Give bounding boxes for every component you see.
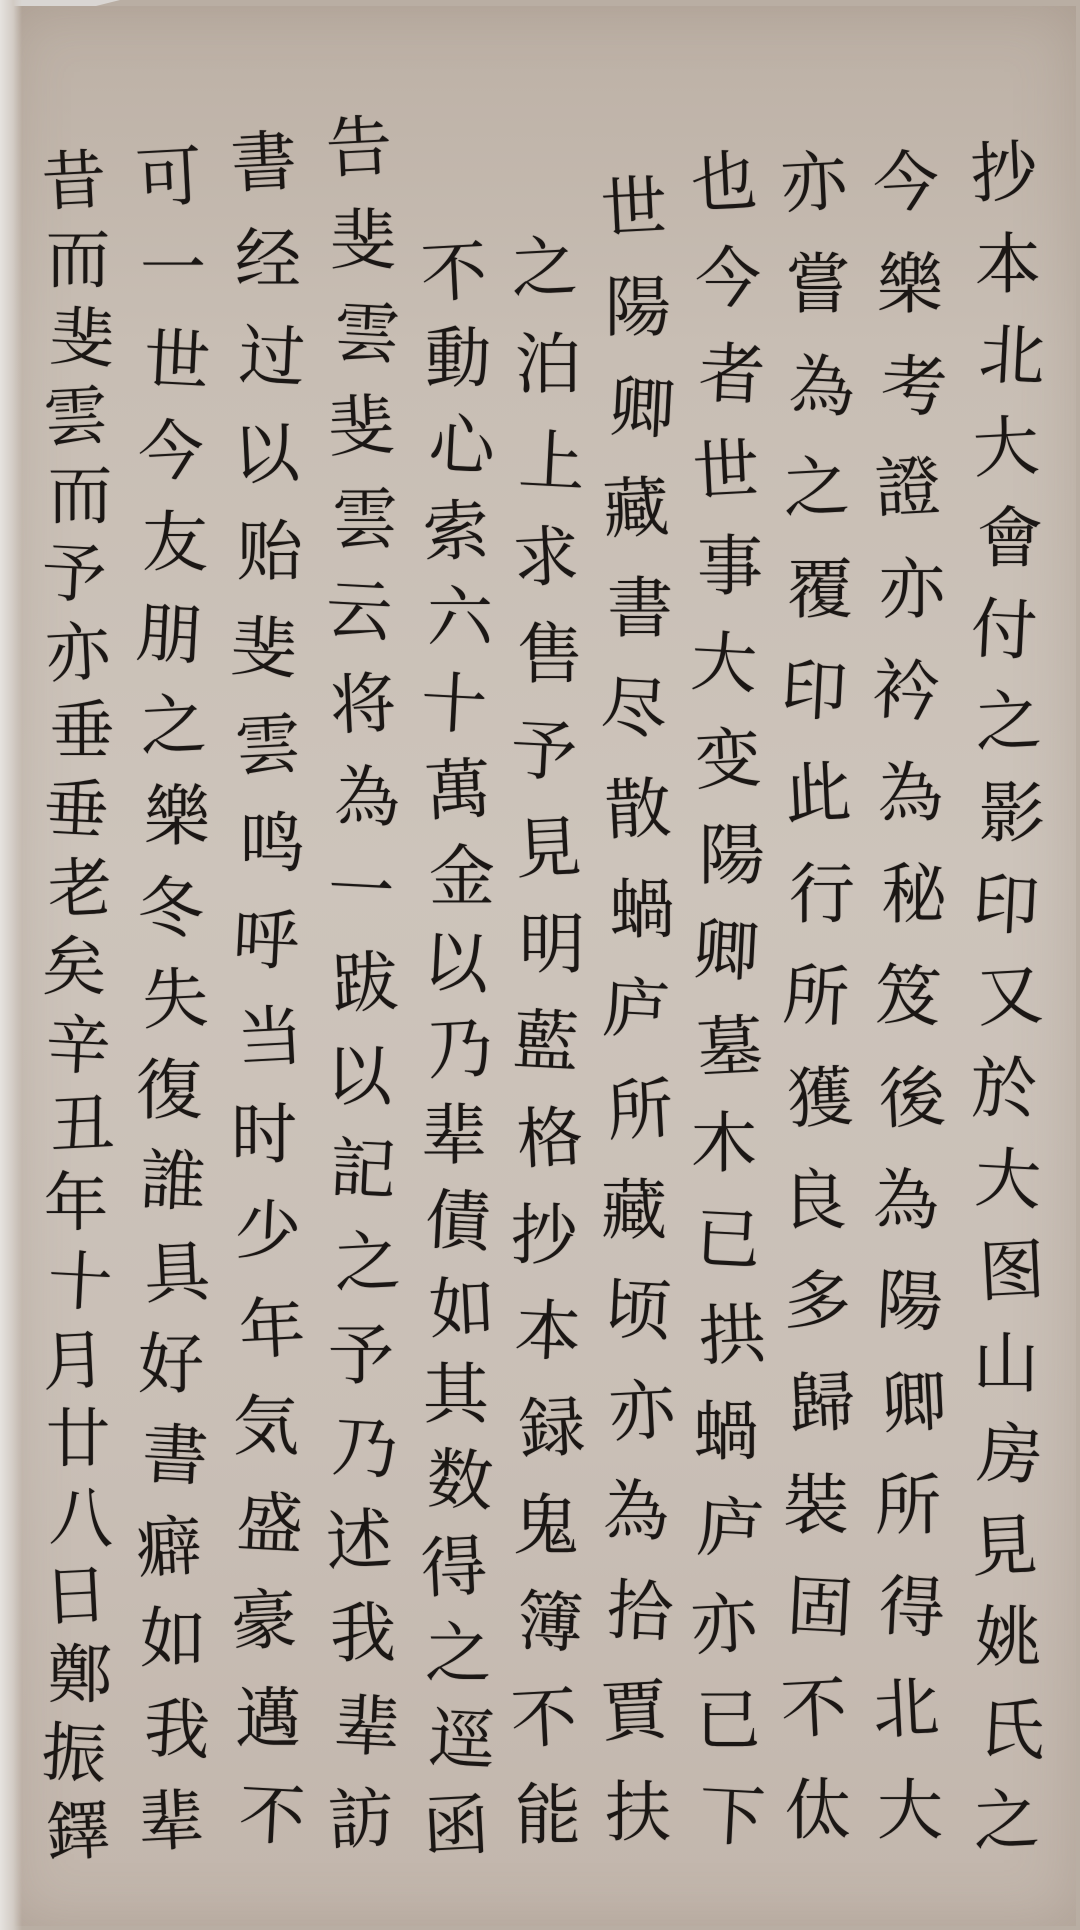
calligraphy-character: 其 [408, 1362, 504, 1428]
calligraphy-character: 雲 [317, 487, 413, 553]
calligraphy-character: 辈 [121, 1786, 220, 1857]
calligraphy-character: 明 [504, 912, 600, 978]
calligraphy-character: 為 [860, 758, 959, 829]
calligraphy-character: 亦 [864, 557, 960, 623]
calligraphy-character: 亦 [592, 1376, 691, 1447]
calligraphy-character: 癖 [119, 1512, 218, 1583]
calligraphy-character: 斐 [311, 391, 410, 462]
calligraphy-character: 当 [220, 1002, 319, 1073]
calligraphy-character: 泊 [500, 332, 596, 398]
calligraphy-character: 矣 [26, 936, 122, 1000]
calligraphy-character: 北 [962, 321, 1061, 392]
calligraphy-character: 冬 [121, 873, 220, 944]
calligraphy-character: 数 [410, 1446, 509, 1517]
page-left-edge [0, 0, 22, 1930]
text-column-3: 亦嘗為之覆印此行所獲良多歸裝固不㑀 [770, 0, 866, 1930]
calligraphy-character: 樂 [862, 252, 958, 318]
calligraphy-character: 卿 [864, 1368, 963, 1439]
calligraphy-character: 予 [494, 716, 593, 787]
calligraphy-character: 得 [862, 1572, 961, 1643]
calligraphy-character: 者 [682, 340, 781, 411]
calligraphy-character: 北 [856, 1674, 955, 1745]
calligraphy-character: 辈 [406, 1103, 502, 1169]
text-column-1: 抄本北大會付之影印又於大图山房見姚氏之 [960, 0, 1056, 1930]
calligraphy-character: 扶 [590, 1780, 686, 1846]
calligraphy-character: 老 [30, 855, 129, 924]
calligraphy-character: 書 [592, 576, 688, 642]
calligraphy-character: 本 [498, 1297, 597, 1368]
calligraphy-character: 逕 [412, 1705, 511, 1776]
calligraphy-character: 亦 [674, 1589, 773, 1660]
calligraphy-character: 已 [678, 1205, 777, 1276]
calligraphy-character: 雲 [317, 299, 416, 370]
calligraphy-character: 一 [311, 856, 410, 927]
calligraphy-character: 訪 [311, 1785, 410, 1856]
calligraphy-character: 卿 [676, 916, 775, 987]
calligraphy-character: 而 [30, 229, 126, 293]
calligraphy-character: 日 [26, 1563, 125, 1632]
calligraphy-character: 今 [856, 148, 955, 219]
calligraphy-character: 影 [964, 781, 1060, 847]
calligraphy-character: 付 [954, 595, 1053, 666]
calligraphy-character: 見 [498, 813, 597, 884]
calligraphy-character: 墓 [680, 1012, 779, 1083]
calligraphy-character: 如 [412, 1273, 511, 1344]
calligraphy-character: 盛 [220, 1489, 319, 1560]
calligraphy-character: 拱 [682, 1301, 781, 1372]
calligraphy-character: 求 [496, 523, 595, 594]
calligraphy-character: 廿 [30, 1408, 126, 1472]
calligraphy-character: 書 [214, 128, 313, 199]
calligraphy-character: 考 [864, 351, 963, 422]
calligraphy-character: 覆 [772, 557, 868, 623]
calligraphy-character: 氏 [962, 1695, 1061, 1766]
calligraphy-character: 函 [406, 1791, 505, 1862]
calligraphy-character: 上 [502, 426, 601, 497]
calligraphy-character: 蝸 [594, 877, 690, 943]
calligraphy-character: 我 [315, 1601, 411, 1667]
calligraphy-character: 八 [32, 1485, 131, 1554]
calligraphy-character: 具 [127, 1238, 226, 1309]
calligraphy-character: 以 [406, 928, 505, 999]
calligraphy-character: 姚 [960, 1605, 1056, 1671]
calligraphy-character: 萬 [408, 755, 507, 826]
calligraphy-character: 之 [766, 453, 865, 524]
text-column-8: 告斐雲斐雲云将為一跋以記之予乃述我辈訪 [315, 0, 411, 1930]
calligraphy-character: 記 [313, 1134, 412, 1205]
calligraphy-character: 山 [958, 1331, 1054, 1397]
calligraphy-character: 為 [588, 1479, 684, 1545]
calligraphy-character: 一 [125, 236, 221, 302]
calligraphy-character: 此 [768, 758, 867, 829]
calligraphy-character: 之 [123, 690, 222, 761]
calligraphy-character: 斐 [214, 613, 313, 684]
calligraphy-character: 辛 [28, 1013, 127, 1082]
calligraphy-character: 大 [956, 412, 1055, 483]
calligraphy-character: 垂 [26, 777, 125, 846]
calligraphy-character: 跋 [315, 948, 414, 1019]
calligraphy-character: 顷 [588, 1276, 687, 1347]
calligraphy-character: 賈 [584, 1677, 683, 1748]
calligraphy-character: 而 [32, 465, 128, 529]
calligraphy-character: 如 [125, 1606, 221, 1672]
calligraphy-character: 今 [680, 246, 776, 312]
calligraphy-character: 陽 [590, 275, 686, 341]
calligraphy-character: 也 [674, 148, 773, 219]
calligraphy-character: 陽 [684, 823, 780, 889]
calligraphy-character: 鬼 [498, 1493, 594, 1559]
calligraphy-character: 十 [30, 1249, 129, 1318]
calligraphy-character: 变 [678, 724, 777, 795]
calligraphy-character: 録 [502, 1393, 601, 1464]
calligraphy-character: 之 [494, 233, 593, 304]
calligraphy-character: 乃 [315, 1413, 414, 1484]
calligraphy-character: 蝸 [678, 1399, 774, 1465]
calligraphy-character: 又 [960, 962, 1059, 1033]
calligraphy-character: 大 [958, 1145, 1057, 1216]
calligraphy-character: 誰 [123, 1147, 222, 1218]
calligraphy-character: 世 [584, 173, 683, 244]
calligraphy-character: 動 [410, 326, 506, 392]
text-column-10: 可一世今友朋之樂冬失復誰具好書癖如我辈 [125, 0, 221, 1930]
calligraphy-character: 為 [772, 351, 871, 422]
calligraphy-character: 友 [127, 510, 223, 576]
calligraphy-character: 贻 [222, 519, 318, 585]
calligraphy-character: 乃 [410, 1014, 509, 1085]
calligraphy-character: 庐 [680, 1493, 779, 1564]
calligraphy-character: 云 [309, 577, 408, 648]
calligraphy-character: 樂 [129, 784, 225, 850]
calligraphy-character: 年 [28, 1172, 124, 1236]
calligraphy-character: 良 [766, 1168, 862, 1234]
calligraphy-character: 予 [313, 1323, 409, 1389]
calligraphy-character: 於 [956, 1056, 1052, 1122]
calligraphy-character: 十 [404, 669, 503, 740]
calligraphy-character: 呼 [216, 905, 315, 976]
calligraphy-character: 藏 [586, 474, 685, 545]
calligraphy-character: 大 [862, 1778, 958, 1844]
calligraphy-character: 復 [121, 1058, 217, 1124]
calligraphy-character: 可 [119, 143, 218, 214]
calligraphy-character: 少 [218, 1197, 317, 1268]
calligraphy-character: 證 [858, 453, 957, 524]
calligraphy-character: 亦 [28, 619, 127, 688]
calligraphy-character: 售 [502, 622, 598, 688]
calligraphy-character: 昔 [24, 148, 123, 217]
calligraphy-character: 不 [764, 1674, 863, 1745]
calligraphy-character: 之 [317, 1227, 416, 1298]
calligraphy-character: 後 [862, 1063, 961, 1134]
calligraphy-character: 鸣 [224, 811, 320, 877]
calligraphy-character: 辈 [317, 1692, 416, 1763]
calligraphy-character: 房 [960, 1420, 1059, 1491]
calligraphy-character: 固 [770, 1572, 869, 1643]
calligraphy-character: 卿 [592, 373, 691, 444]
calligraphy-character: 予 [24, 540, 123, 609]
calligraphy-character: 歸 [772, 1368, 871, 1439]
calligraphy-character: 所 [590, 1075, 689, 1146]
calligraphy-character: 得 [404, 1532, 503, 1603]
calligraphy-character: 雲 [26, 384, 125, 453]
calligraphy-character: 我 [127, 1695, 226, 1766]
calligraphy-character: 能 [500, 1783, 596, 1849]
calligraphy-character: 世 [127, 325, 226, 396]
calligraphy-character: 行 [774, 862, 870, 928]
calligraphy-character: 好 [123, 1332, 219, 1398]
calligraphy-character: 衿 [856, 656, 955, 727]
text-column-9: 書经过以贻斐雲鸣呼当时少年気盛豪邁不 [220, 0, 316, 1930]
calligraphy-character: 鄭 [32, 1644, 128, 1708]
calligraphy-character: 笈 [858, 962, 957, 1033]
calligraphy-character: 見 [954, 1511, 1053, 1582]
calligraphy-character: 已 [680, 1688, 776, 1754]
calligraphy-character: 所 [860, 1473, 956, 1539]
calligraphy-character: 所 [766, 962, 865, 1033]
calligraphy-character: 雲 [218, 711, 317, 782]
calligraphy-character: 木 [676, 1111, 772, 1177]
calligraphy-character: 尽 [584, 674, 683, 745]
text-column-7: 不動心索六十萬金以乃辈債如其数得之逕函 [410, 0, 506, 1930]
calligraphy-character: 金 [414, 844, 510, 910]
calligraphy-character: 以 [311, 1044, 407, 1110]
calligraphy-character: 藍 [496, 1007, 595, 1078]
calligraphy-character: 印 [764, 656, 863, 727]
calligraphy-character: 失 [125, 964, 224, 1035]
calligraphy-character: 散 [588, 774, 687, 845]
calligraphy-character: 斐 [315, 208, 411, 274]
calligraphy-character: 庐 [586, 975, 685, 1046]
calligraphy-character: 格 [500, 1103, 599, 1174]
calligraphy-character: 振 [24, 1720, 123, 1789]
calligraphy-character: 債 [408, 1187, 507, 1258]
calligraphy-character: 印 [956, 870, 1055, 941]
calligraphy-character: 告 [309, 113, 408, 184]
calligraphy-character: 鐸 [28, 1799, 127, 1868]
calligraphy-character: 时 [216, 1102, 312, 1168]
calligraphy-character: 经 [220, 227, 316, 293]
calligraphy-character: 秘 [866, 862, 962, 928]
calligraphy-character: 之 [956, 1786, 1055, 1857]
text-column-11: 昔而斐雲而予亦垂垂老矣辛丑年十月廿八日鄭振鐸 [30, 0, 126, 1930]
calligraphy-character: 述 [309, 1506, 408, 1577]
calligraphy-character: 陽 [860, 1267, 959, 1338]
calligraphy-character: 不 [404, 238, 503, 309]
calligraphy-character: 过 [222, 322, 321, 393]
calligraphy-character: 多 [768, 1267, 867, 1338]
calligraphy-character: 會 [962, 506, 1058, 572]
calligraphy-character: 為 [319, 765, 415, 831]
calligraphy-character: 下 [682, 1782, 781, 1853]
calligraphy-character: 月 [24, 1327, 123, 1396]
calligraphy-character: 丑 [32, 1091, 131, 1160]
calligraphy-character: 藏 [586, 1178, 682, 1244]
calligraphy-character: 之 [410, 1621, 506, 1687]
calligraphy-character: 本 [960, 232, 1056, 298]
calligraphy-character: 抄 [954, 138, 1053, 209]
calligraphy-character: 簿 [500, 1587, 599, 1658]
calligraphy-character: 垂 [34, 700, 130, 764]
calligraphy-character: 心 [412, 410, 511, 481]
calligraphy-character: 亦 [764, 148, 863, 219]
calligraphy-character: 将 [313, 670, 412, 741]
calligraphy-character: 為 [858, 1168, 954, 1234]
calligraphy-character: 世 [676, 436, 775, 507]
calligraphy-character: 拾 [590, 1577, 689, 1648]
calligraphy-character: 抄 [496, 1203, 592, 1269]
calligraphy-character: 索 [406, 497, 505, 568]
calligraphy-character: 朋 [119, 599, 218, 670]
calligraphy-character: 獲 [770, 1063, 869, 1134]
calligraphy-character: 邁 [220, 1686, 316, 1752]
calligraphy-character: 気 [218, 1394, 314, 1460]
calligraphy-character: 斐 [32, 305, 131, 374]
calligraphy-character: 事 [682, 534, 778, 600]
calligraphy-character: 六 [412, 585, 508, 651]
calligraphy-character: 图 [962, 1236, 1061, 1307]
calligraphy-character: 㑀 [770, 1778, 866, 1844]
calligraphy-character: 年 [222, 1294, 321, 1365]
calligraphy-character: 之 [958, 687, 1057, 758]
text-column-2: 今樂考證亦衿為秘笈後為陽卿所得北大 [862, 0, 958, 1930]
text-column-4: 也今者世事大变陽卿墓木已拱蝸庐亦已下 [680, 0, 776, 1930]
calligraphy-character: 嘗 [770, 252, 866, 318]
calligraphy-character: 今 [121, 417, 220, 488]
calligraphy-character: 裝 [768, 1473, 864, 1539]
calligraphy-character: 以 [216, 419, 315, 490]
calligraphy-character: 大 [674, 628, 773, 699]
calligraphy-character: 豪 [214, 1586, 313, 1657]
text-column-6: 之泊上求售予見明藍格抄本録鬼簿不能 [500, 0, 596, 1930]
calligraphy-character: 書 [125, 1421, 224, 1492]
calligraphy-character: 不 [222, 1781, 321, 1852]
text-column-5: 世陽卿藏書尽散蝸庐所藏顷亦為拾賈扶 [590, 0, 686, 1930]
